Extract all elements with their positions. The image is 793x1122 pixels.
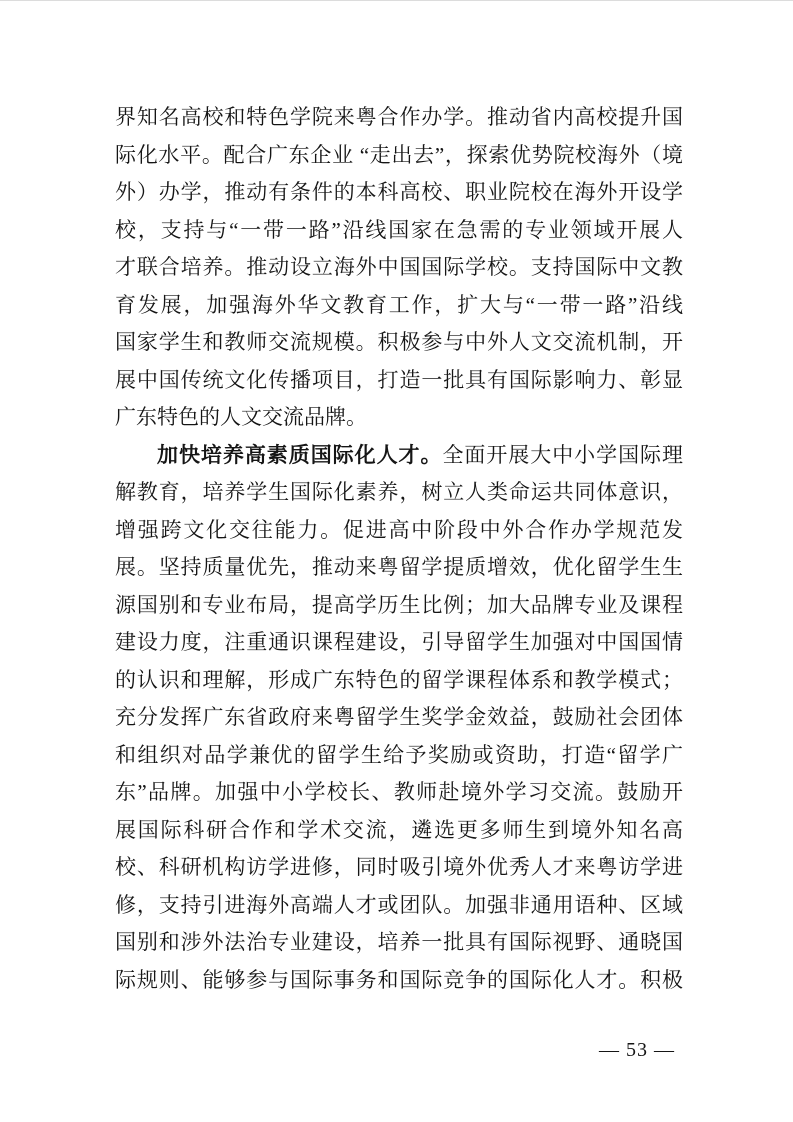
text-line: 建设力度，注重通识课程建设，引导留学生加强对中国国情: [115, 624, 683, 662]
text-line: 校，支持与“一带一路”沿线国家在急需的专业领域开展人: [115, 212, 683, 250]
body-text-segment: 才联合培养。推动设立海外中国国际学校。支持国际中文教: [115, 255, 683, 279]
text-line: 东”品牌。加强中小学校长、教师赴境外学习交流。鼓励开: [115, 774, 683, 812]
text-line: 界知名高校和特色学院来粤合作办学。推动省内高校提升国: [115, 99, 683, 137]
body-text-segment: 界知名高校和特色学院来粤合作办学。推动省内高校提升国: [115, 105, 683, 129]
text-line: 解教育，培养学生国际化素养，树立人类命运共同体意识，: [115, 474, 683, 512]
text-line: 和组织对品学兼优的留学生给予奖励或资助，打造“留学广: [115, 737, 683, 775]
body-text-segment: 建设力度，注重通识课程建设，引导留学生加强对中国国情: [115, 630, 683, 654]
bold-heading-segment: 加快培养高素质国际化人才。: [157, 443, 442, 467]
text-line: 才联合培养。推动设立海外中国国际学校。支持国际中文教: [115, 249, 683, 287]
text-line: 增强跨文化交往能力。促进高中阶段中外合作办学规范发: [115, 512, 683, 550]
body-text-segment: 展中国传统文化传播项目，打造一批具有国际影响力、彰显: [115, 368, 683, 392]
document-page: 界知名高校和特色学院来粤合作办学。推动省内高校提升国际化水平。配合广东企业 “走…: [0, 0, 793, 1122]
body-text-segment: 展。坚持质量优先，推动来粤留学提质增效，优化留学生生: [115, 555, 683, 579]
body-text-segment: 东”品牌。加强中小学校长、教师赴境外学习交流。鼓励开: [115, 780, 683, 804]
text-line: 展中国传统文化传播项目，打造一批具有国际影响力、彰显: [115, 362, 683, 400]
page-top-edge-line: [0, 0, 793, 1]
body-text-segment: 校、科研机构访学进修，同时吸引境外优秀人才来粤访学进: [115, 855, 683, 879]
body-text-segment: 国家学生和教师交流规模。积极参与中外人文交流机制，开: [115, 330, 683, 354]
text-line: 的认识和理解，形成广东特色的留学课程体系和教学模式；: [115, 662, 683, 700]
body-text-segment: 修，支持引进海外高端人才或团队。加强非通用语种、区域: [115, 893, 683, 917]
text-line: 国别和涉外法治专业建设，培养一批具有国际视野、通晓国: [115, 924, 683, 962]
text-line: 外）办学，推动有条件的本科高校、职业院校在海外开设学: [115, 174, 683, 212]
text-line: 展。坚持质量优先，推动来粤留学提质增效，优化留学生生: [115, 549, 683, 587]
body-text-segment: 充分发挥广东省政府来粤留学生奖学金效益，鼓励社会团体: [115, 705, 683, 729]
body-text-segment: 广东特色的人文交流品牌。: [115, 405, 367, 429]
text-line: 加快培养高素质国际化人才。全面开展大中小学国际理: [115, 437, 683, 475]
body-text-segment: 和组织对品学兼优的留学生给予奖励或资助，打造“留学广: [115, 743, 683, 767]
body-text-segment: 校，支持与“一带一路”沿线国家在急需的专业领域开展人: [115, 218, 683, 242]
text-line: 校、科研机构访学进修，同时吸引境外优秀人才来粤访学进: [115, 849, 683, 887]
body-text-segment: 全面开展大中小学国际理: [442, 443, 683, 467]
text-line: 源国别和专业布局，提高学历生比例；加大品牌专业及课程: [115, 587, 683, 625]
body-text-segment: 解教育，培养学生国际化素养，树立人类命运共同体意识，: [115, 480, 683, 504]
text-line: 展国际科研合作和学术交流，遴选更多师生到境外知名高: [115, 812, 683, 850]
body-text-segment: 际规则、能够参与国际事务和国际竞争的国际化人才。积极: [115, 968, 683, 992]
text-line: 广东特色的人文交流品牌。: [115, 399, 683, 437]
text-line: 际化水平。配合广东企业 “走出去”，探索优势院校海外（境: [115, 137, 683, 175]
body-text-segment: 际化水平。配合广东企业 “走出去”，探索优势院校海外（境: [115, 143, 683, 167]
text-line: 育发展，加强海外华文教育工作，扩大与“一带一路”沿线: [115, 287, 683, 325]
text-line: 修，支持引进海外高端人才或团队。加强非通用语种、区域: [115, 887, 683, 925]
body-text-segment: 国别和涉外法治专业建设，培养一批具有国际视野、通晓国: [115, 930, 683, 954]
body-text-segment: 外）办学，推动有条件的本科高校、职业院校在海外开设学: [115, 180, 683, 204]
body-text-segment: 的认识和理解，形成广东特色的留学课程体系和教学模式；: [115, 668, 683, 692]
text-line: 国家学生和教师交流规模。积极参与中外人文交流机制，开: [115, 324, 683, 362]
page-number: — 53 —: [599, 1038, 675, 1062]
body-text-segment: 增强跨文化交往能力。促进高中阶段中外合作办学规范发: [115, 518, 683, 542]
text-line: 际规则、能够参与国际事务和国际竞争的国际化人才。积极: [115, 962, 683, 1000]
body-text-segment: 育发展，加强海外华文教育工作，扩大与“一带一路”沿线: [115, 293, 683, 317]
body-text-segment: 展国际科研合作和学术交流，遴选更多师生到境外知名高: [115, 818, 683, 842]
document-text-block: 界知名高校和特色学院来粤合作办学。推动省内高校提升国际化水平。配合广东企业 “走…: [115, 99, 683, 999]
body-text-segment: 源国别和专业布局，提高学历生比例；加大品牌专业及课程: [115, 593, 683, 617]
text-line: 充分发挥广东省政府来粤留学生奖学金效益，鼓励社会团体: [115, 699, 683, 737]
